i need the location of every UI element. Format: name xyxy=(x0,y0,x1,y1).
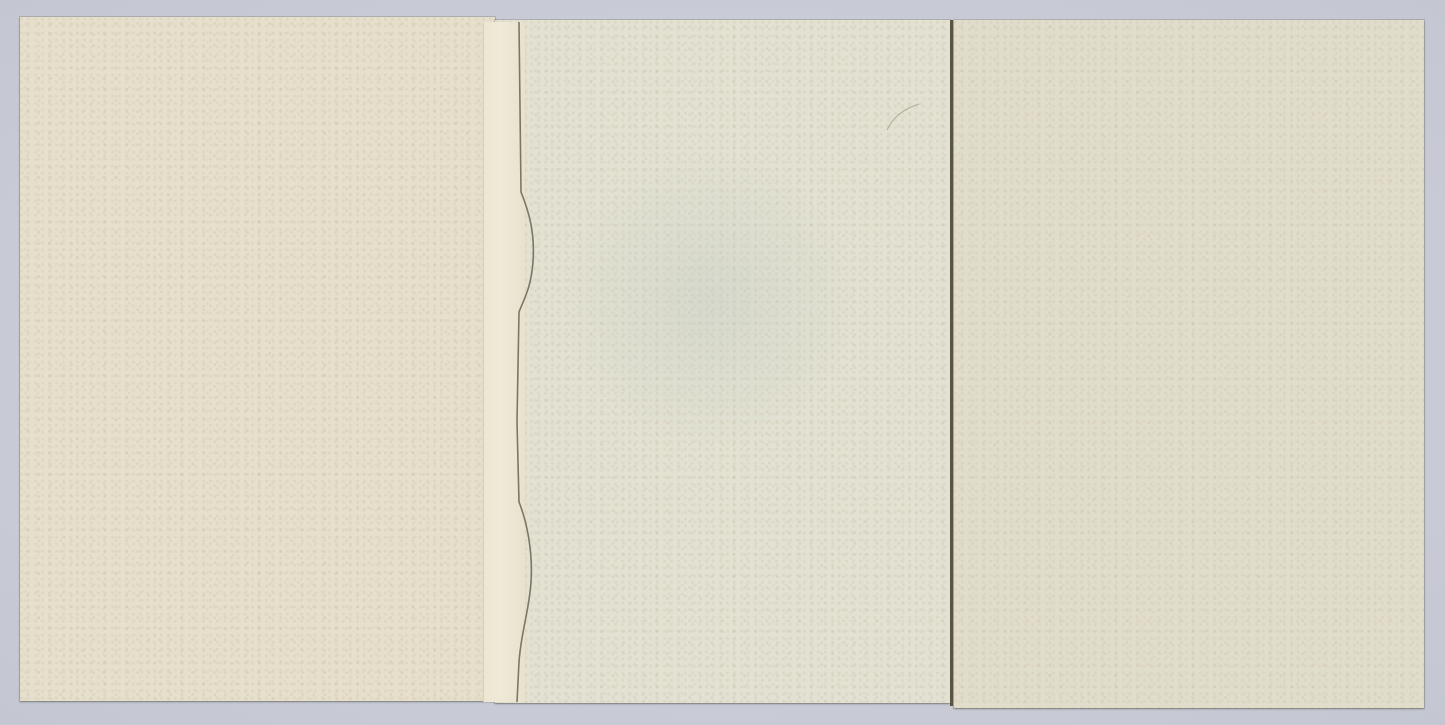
paper-stain xyxy=(560,150,860,450)
panel-divider-line xyxy=(950,20,953,706)
paper-crease xyxy=(885,100,925,140)
paper-panel-left xyxy=(20,17,495,701)
torn-paper-edge xyxy=(505,22,555,702)
paper-panel-right xyxy=(954,20,1424,708)
